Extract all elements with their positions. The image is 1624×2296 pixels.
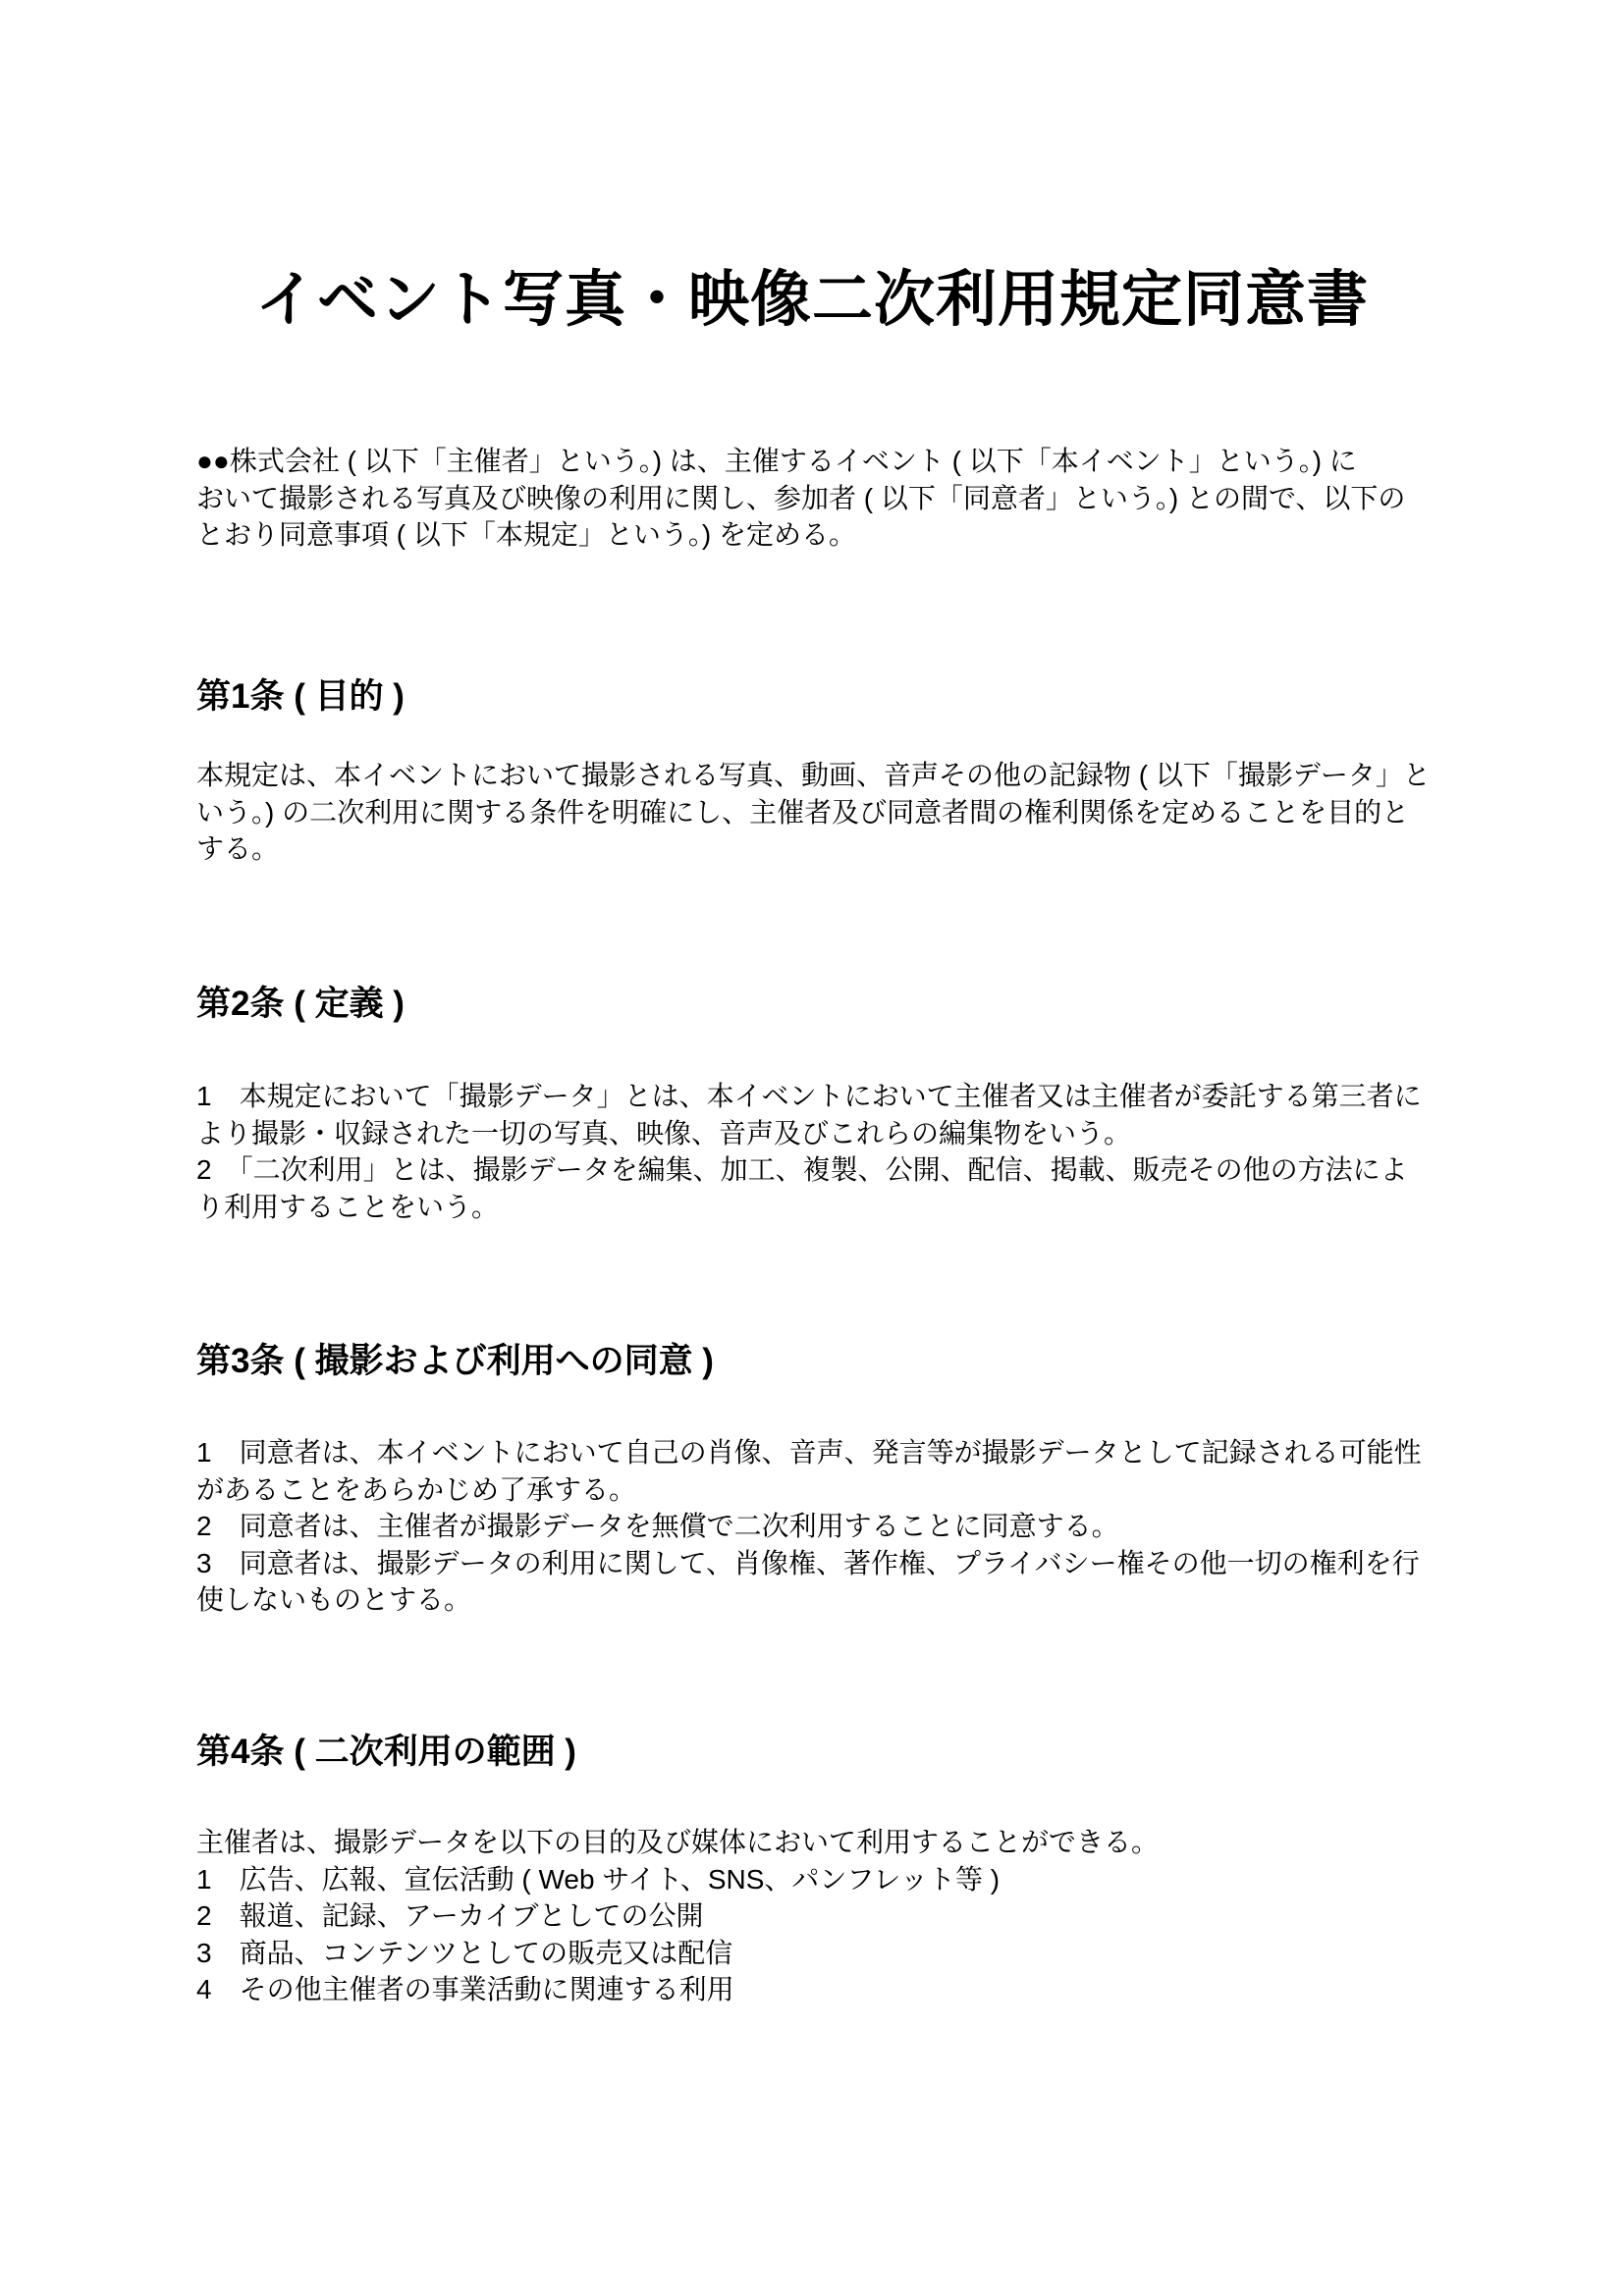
section-3-body: 1 同意者は、本イベントにおいて自己の肖像、音声、発言等が撮影データとして記録さ… xyxy=(196,1434,1561,1619)
section-2-heading: 第2条 ( 定義 ) xyxy=(196,983,405,1026)
section-1-heading: 第1条 ( 目的 ) xyxy=(196,675,405,719)
section-1-body: 本規定は、本イベントにおいて撮影される写真、動画、音声その他の記録物 ( 以下「… xyxy=(196,757,1561,868)
section-4-heading: 第4条 ( 二次利用の範囲 ) xyxy=(196,1731,576,1774)
document-page: イベント写真・映像二次利用規定同意書 ●●株式会社 ( 以下「主催者」という。)… xyxy=(0,0,1624,2296)
intro-paragraph: ●●株式会社 ( 以下「主催者」という。) は、主催するイベント ( 以下「本イ… xyxy=(196,443,1561,554)
document-title: イベント写真・映像二次利用規定同意書 xyxy=(196,261,1428,340)
section-4-body: 主催者は、撮影データを以下の目的及び媒体において利用することができる。 1 広告… xyxy=(196,1824,1561,2008)
section-2-body: 1 本規定において「撮影データ」とは、本イベントにおいて主催者又は主催者が委託す… xyxy=(196,1078,1561,1225)
section-3-heading: 第3条 ( 撮影および利用への同意 ) xyxy=(196,1340,714,1383)
